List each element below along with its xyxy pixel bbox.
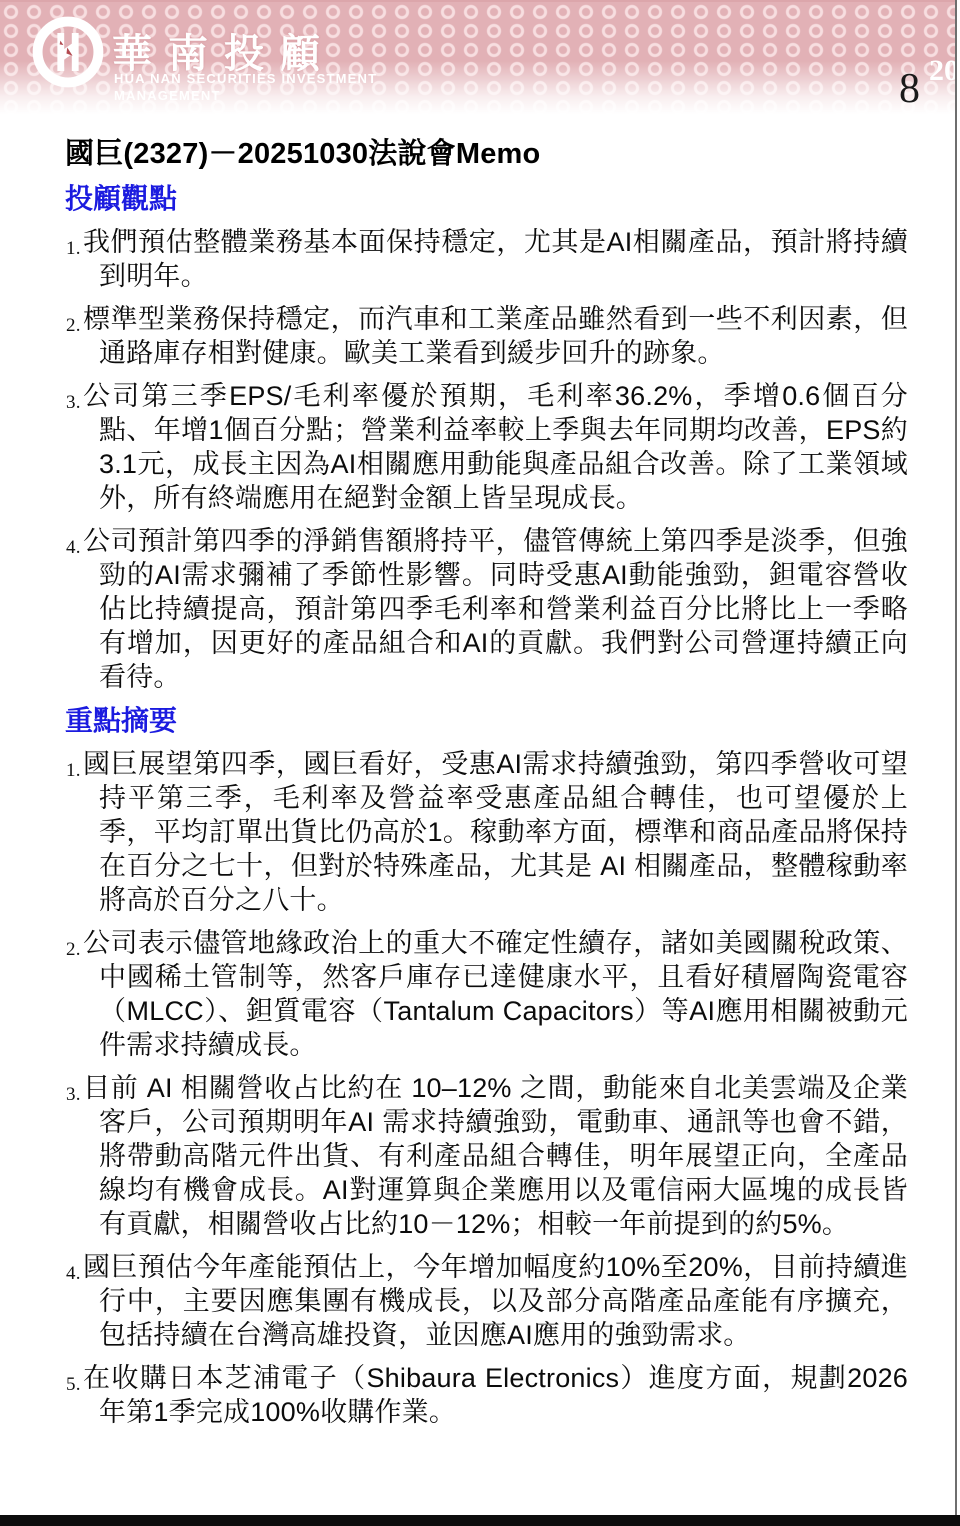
- header-banner: 華南投顧 HUA NAN SECURITIES INVESTMENT MANAG…: [0, 0, 957, 120]
- memo-title: 國巨(2327)－20251030法說會Memo: [65, 136, 908, 172]
- list-item-number: 5.: [66, 1368, 81, 1402]
- list-item-number: 1.: [66, 754, 81, 788]
- list-item-number: 2.: [66, 309, 81, 343]
- list-item-text: 標準型業務保持穩定，而汽車和工業產品雖然看到一些不利因素，但通路庫存相對健康。歐…: [83, 304, 908, 368]
- list-item: 1. 我們預估整體業務基本面保持穩定，尤其是AI相關產品，預計將持續到明年。: [65, 225, 908, 293]
- section-heading-key-summary: 重點摘要: [65, 703, 908, 738]
- key-summary-list: 1. 國巨展望第四季，國巨看好，受惠AI需求持續強勁，第四季營收可望持平第三季，…: [65, 747, 908, 1429]
- brand-english-line1: HUA NAN SECURITIES INVESTMENT: [114, 70, 377, 87]
- list-item-text: 公司預計第四季的淨銷售額將持平，儘管傳統上第四季是淡季，但強勁的AI需求彌補了季…: [83, 526, 908, 692]
- list-item-number: 4.: [66, 1257, 81, 1291]
- corner-year-text: 20: [929, 54, 957, 88]
- brand-english-line2: MANAGEMENT: [114, 87, 377, 104]
- page-number: 8: [899, 68, 920, 110]
- list-item-text: 在收購日本芝浦電子（Shibaura Electronics）進度方面，規劃20…: [83, 1363, 908, 1427]
- bottom-black-bar: [0, 1515, 960, 1526]
- list-item: 4. 公司預計第四季的淨銷售額將持平，儘管傳統上第四季是淡季，但強勁的AI需求彌…: [65, 524, 908, 694]
- page-edge-divider: [955, 0, 957, 1526]
- list-item-number: 2.: [66, 933, 81, 967]
- list-item-text: 目前 AI 相關營收占比約在 10–12% 之間，動能來自北美雲端及企業客戶，公…: [83, 1073, 908, 1239]
- list-item-text: 我們預估整體業務基本面保持穩定，尤其是AI相關產品，預計將持續到明年。: [83, 227, 908, 291]
- list-item: 5. 在收購日本芝浦電子（Shibaura Electronics）進度方面，規…: [65, 1361, 908, 1429]
- list-item-number: 3.: [66, 386, 81, 420]
- memo-page: 華南投顧 HUA NAN SECURITIES INVESTMENT MANAG…: [0, 0, 960, 1526]
- list-item: 4. 國巨預估今年產能預估上，今年增加幅度約10%至20%，目前持續進行中，主要…: [65, 1250, 908, 1352]
- list-item: 3. 公司第三季EPS/毛利率優於預期，毛利率36.2%，季增0.6個百分點、年…: [65, 379, 908, 515]
- list-item-number: 4.: [66, 531, 81, 565]
- list-item: 3. 目前 AI 相關營收占比約在 10–12% 之間，動能來自北美雲端及企業客…: [65, 1071, 908, 1241]
- list-item-text: 公司表示儘管地緣政治上的重大不確定性續存，諸如美國關稅政策、中國稀土管制等，然客…: [83, 928, 908, 1060]
- advisor-view-list: 1. 我們預估整體業務基本面保持穩定，尤其是AI相關產品，預計將持續到明年。 2…: [65, 225, 908, 694]
- huanan-logo-icon: [30, 14, 106, 90]
- brand-name-english: HUA NAN SECURITIES INVESTMENT MANAGEMENT: [114, 70, 377, 104]
- list-item: 2. 標準型業務保持穩定，而汽車和工業產品雖然看到一些不利因素，但通路庫存相對健…: [65, 302, 908, 370]
- list-item-text: 國巨展望第四季，國巨看好，受惠AI需求持續強勁，第四季營收可望持平第三季，毛利率…: [83, 749, 908, 915]
- section-heading-advisor-view: 投顧觀點: [65, 181, 908, 216]
- list-item: 1. 國巨展望第四季，國巨看好，受惠AI需求持續強勁，第四季營收可望持平第三季，…: [65, 747, 908, 917]
- memo-content: 國巨(2327)－20251030法說會Memo 投顧觀點 1. 我們預估整體業…: [65, 136, 908, 1438]
- list-item-number: 1.: [66, 232, 81, 266]
- list-item-number: 3.: [66, 1078, 81, 1112]
- list-item-text: 國巨預估今年產能預估上，今年增加幅度約10%至20%，目前持續進行中，主要因應集…: [83, 1252, 908, 1350]
- list-item: 2. 公司表示儘管地緣政治上的重大不確定性續存，諸如美國關稅政策、中國稀土管制等…: [65, 926, 908, 1062]
- list-item-text: 公司第三季EPS/毛利率優於預期，毛利率36.2%，季增0.6個百分點、年增1個…: [83, 381, 908, 513]
